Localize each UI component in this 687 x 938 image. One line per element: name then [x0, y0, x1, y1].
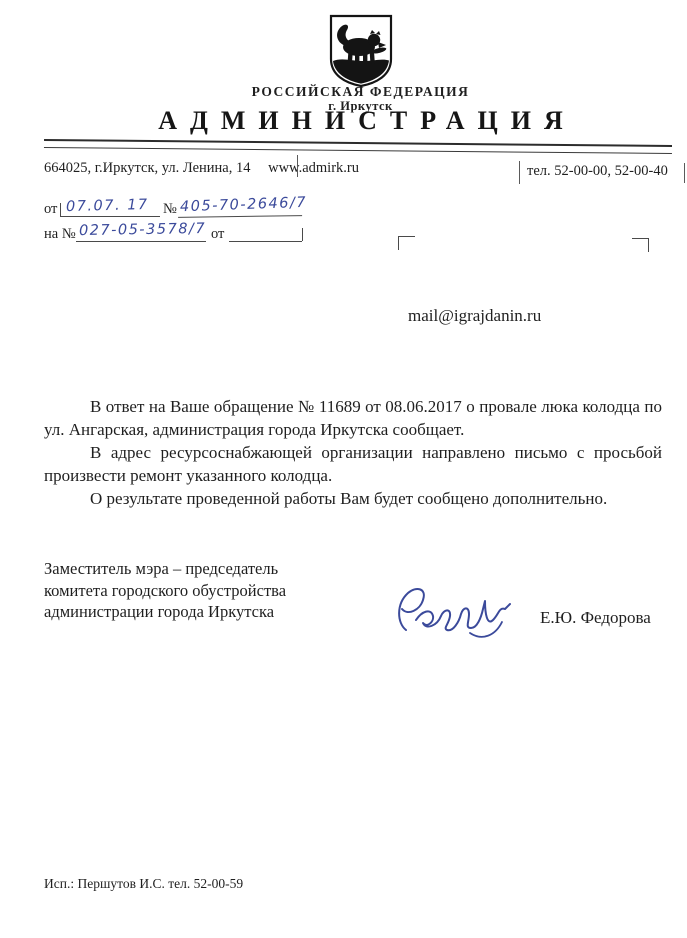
handwritten-signature-icon [388, 578, 518, 648]
signer-name: Е.Ю. Федорова [540, 608, 651, 628]
recipient-zone-corner-left [398, 236, 415, 250]
signer-position-line: Заместитель мэра – председатель [44, 558, 286, 580]
letterhead-address: 664025, г.Иркутск, ул. Ленина, 14 [44, 160, 250, 176]
scanned-letter-page: РОССИЙСКАЯ ФЕДЕРАЦИЯ г. Иркутск АДМИНИСТ… [0, 0, 687, 938]
signer-position: Заместитель мэра – председатель комитета… [44, 558, 286, 623]
letterhead-country: РОССИЙСКАЯ ФЕДЕРАЦИЯ [34, 84, 687, 100]
recipient-email: mail@igrajdanin.ru [408, 306, 541, 326]
handwritten-reply-number: 027-05-3578/7 [79, 221, 206, 239]
reply-date-underline-empty [229, 227, 302, 242]
handwritten-date: 07.07. 17 [66, 197, 149, 215]
executor-note: Исп.: Першутов И.С. тел. 52-00-59 [44, 876, 243, 892]
body-paragraph: О результате проведенной работы Вам буде… [44, 487, 662, 510]
ref-from-label: от [44, 201, 57, 218]
ref-reply-from-label: от [211, 226, 224, 243]
letterhead-website: www.admirk.ru [268, 160, 359, 176]
field-tick [302, 228, 303, 241]
letterhead-divider-rule [44, 139, 672, 154]
letter-body: В ответ на Ваше обращение № 11689 от 08.… [44, 395, 662, 510]
letterhead-org-title: АДМИНИСТРАЦИЯ [34, 106, 687, 136]
coat-of-arms-icon [328, 14, 394, 88]
letterhead-phones: тел. 52-00-00, 52-00-40 [527, 163, 668, 180]
divider-bar [297, 155, 298, 177]
body-paragraph: В ответ на Ваше обращение № 11689 от 08.… [44, 395, 662, 441]
signer-position-line: комитета городского обустройства [44, 580, 286, 602]
recipient-zone-corner-right [632, 238, 649, 252]
divider-bar [684, 163, 685, 183]
signer-position-line: администрации города Иркутска [44, 601, 286, 623]
divider-bar [519, 161, 520, 184]
ref-reply-label: на № [44, 226, 76, 243]
letterhead-address-line: 664025, г.Иркутск, ул. Ленина, 14 www.ad… [44, 160, 359, 177]
body-paragraph: В адрес ресурсоснабжающей организации на… [44, 441, 662, 487]
ref-number-label: № [163, 201, 177, 218]
